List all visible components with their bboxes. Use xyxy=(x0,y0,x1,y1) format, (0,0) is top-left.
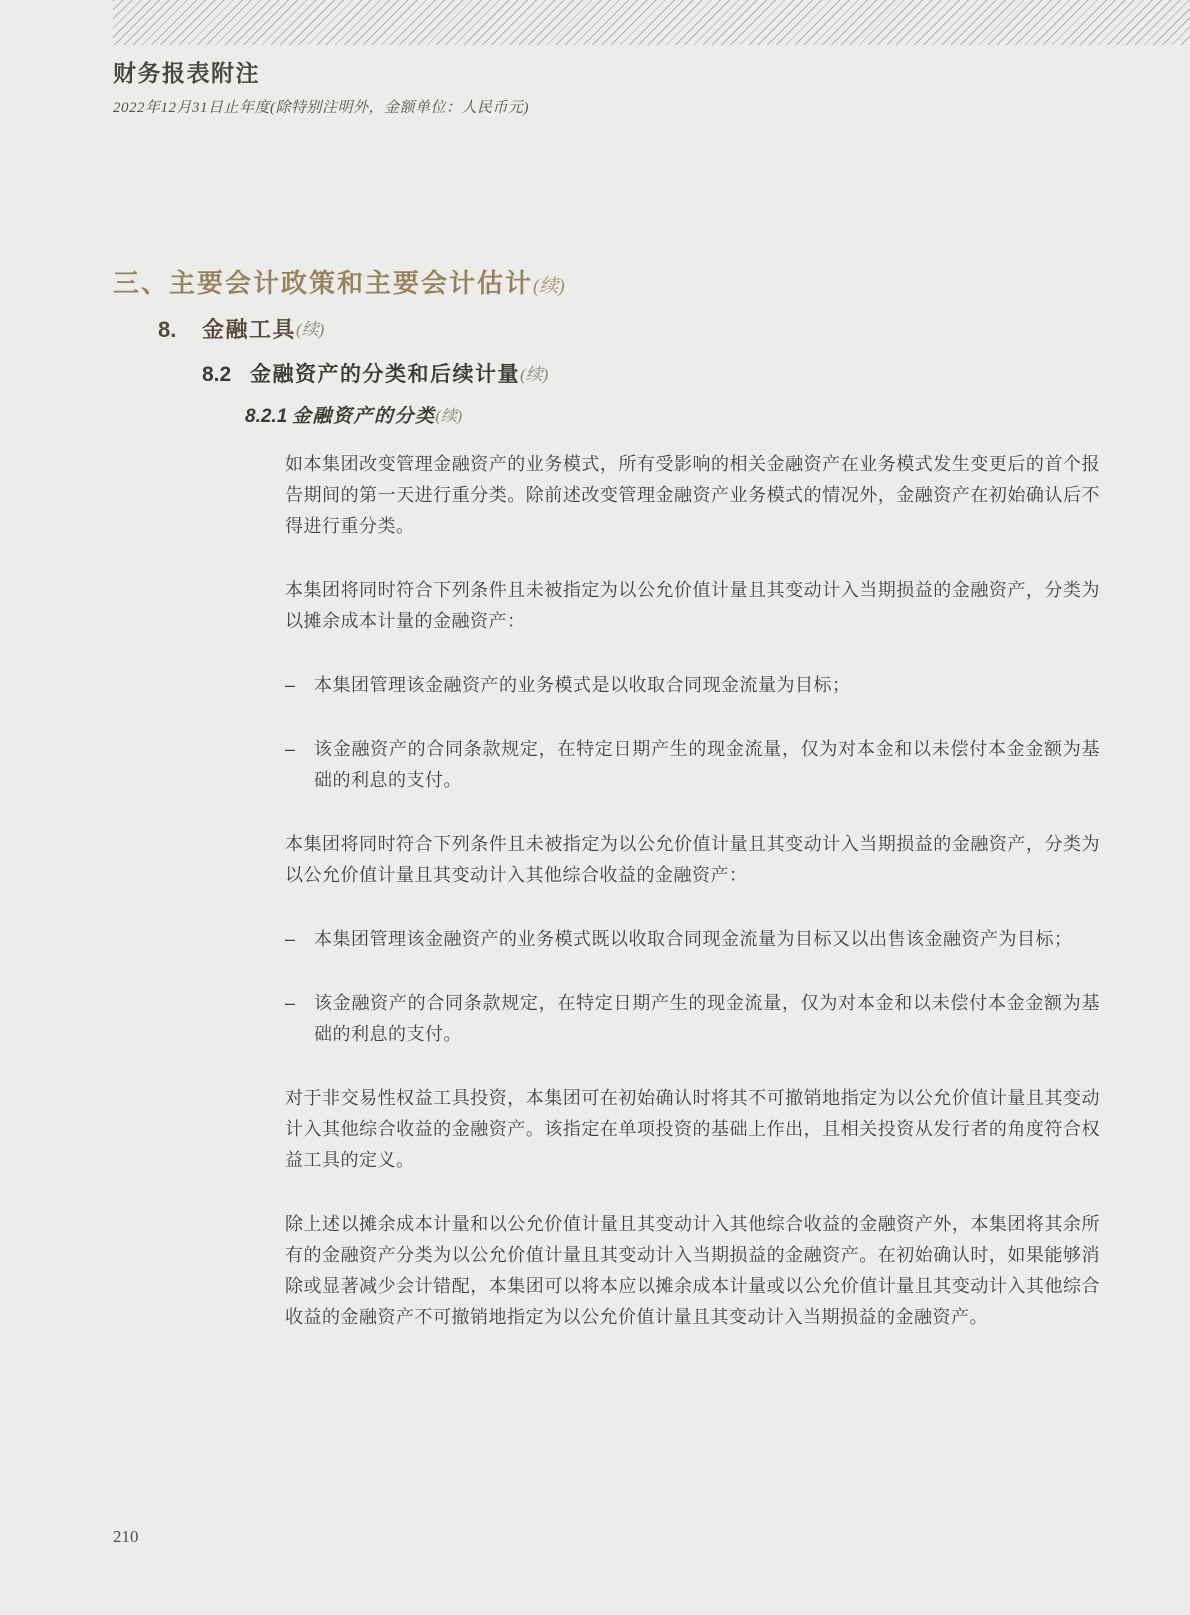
section-title: 金融工具 xyxy=(202,316,296,344)
document-header: 财务报表附注 2022年12月31日止年度(除特别注明外，金额单位：人民币元) xyxy=(113,60,529,118)
list-item-text: 本集团管理该金融资产的业务模式是以收取合同现金流量为目标； xyxy=(314,675,851,695)
list-item: – 本集团管理该金融资产的业务模式是以收取合同现金流量为目标； xyxy=(285,670,1100,701)
bullet-dash: – xyxy=(285,924,296,955)
section-number: 8.2 xyxy=(202,361,250,388)
list-item: – 本集团管理该金融资产的业务模式既以收取合同现金流量为目标又以出售该金融资产为… xyxy=(285,924,1100,955)
list-item: – 该金融资产的合同条款规定，在特定日期产生的现金流量，仅为对本金和以未偿付本金… xyxy=(285,734,1100,796)
paragraph: 如本集团改变管理金融资产的业务模式，所有受影响的相关金融资产在业务模式发生变更后… xyxy=(285,449,1100,542)
section-heading-level4: 8.2.1 金融资产的分类 (续) xyxy=(245,404,462,429)
paragraph: 本集团将同时符合下列条件且未被指定为以公允价值计量且其变动计入当期损益的金融资产… xyxy=(285,575,1100,637)
paragraph: 本集团将同时符合下列条件且未被指定为以公允价值计量且其变动计入当期损益的金融资产… xyxy=(285,829,1100,891)
bullet-dash: – xyxy=(285,734,296,765)
section-number: 8.2.1 xyxy=(245,404,292,429)
body-text: 如本集团改变管理金融资产的业务模式，所有受影响的相关金融资产在业务模式发生变更后… xyxy=(285,449,1100,1366)
bullet-dash: – xyxy=(285,670,296,701)
section-heading-level2: 8. 金融工具 (续) xyxy=(158,316,324,344)
section-title: 主要会计政策和主要会计估计 xyxy=(169,268,533,298)
list-item-text: 该金融资产的合同条款规定，在特定日期产生的现金流量，仅为对本金和以未偿付本金金额… xyxy=(314,739,1100,790)
page-number: 210 xyxy=(113,1527,139,1547)
list-item-text: 本集团管理该金融资产的业务模式既以收取合同现金流量为目标又以出售该金融资产为目标… xyxy=(314,929,1073,949)
section-heading-level3: 8.2 金融资产的分类和后续计量 (续) xyxy=(202,361,548,388)
page-title: 财务报表附注 xyxy=(113,60,529,88)
section-heading-level1: 三、主要会计政策和主要会计估计(续) xyxy=(113,267,565,303)
section-number: 三、 xyxy=(113,268,169,298)
document-page: 财务报表附注 2022年12月31日止年度(除特别注明外，金额单位：人民币元) … xyxy=(0,0,1190,1615)
continued-marker: (续) xyxy=(533,276,565,297)
page-subtitle: 2022年12月31日止年度(除特别注明外，金额单位：人民币元) xyxy=(113,98,529,118)
continued-marker: (续) xyxy=(436,404,463,429)
bullet-dash: – xyxy=(285,988,296,1019)
section-number: 8. xyxy=(158,316,202,344)
list-item-text: 该金融资产的合同条款规定，在特定日期产生的现金流量，仅为对本金和以未偿付本金金额… xyxy=(314,993,1100,1044)
diagonal-hatch-band xyxy=(113,0,1190,45)
section-title: 金融资产的分类 xyxy=(292,404,436,429)
continued-marker: (续) xyxy=(296,316,324,344)
continued-marker: (续) xyxy=(520,361,548,388)
list-item: – 该金融资产的合同条款规定，在特定日期产生的现金流量，仅为对本金和以未偿付本金… xyxy=(285,988,1100,1050)
section-title: 金融资产的分类和后续计量 xyxy=(250,361,520,388)
paragraph: 对于非交易性权益工具投资，本集团可在初始确认时将其不可撤销地指定为以公允价值计量… xyxy=(285,1083,1100,1176)
paragraph: 除上述以摊余成本计量和以公允价值计量且其变动计入其他综合收益的金融资产外，本集团… xyxy=(285,1209,1100,1333)
